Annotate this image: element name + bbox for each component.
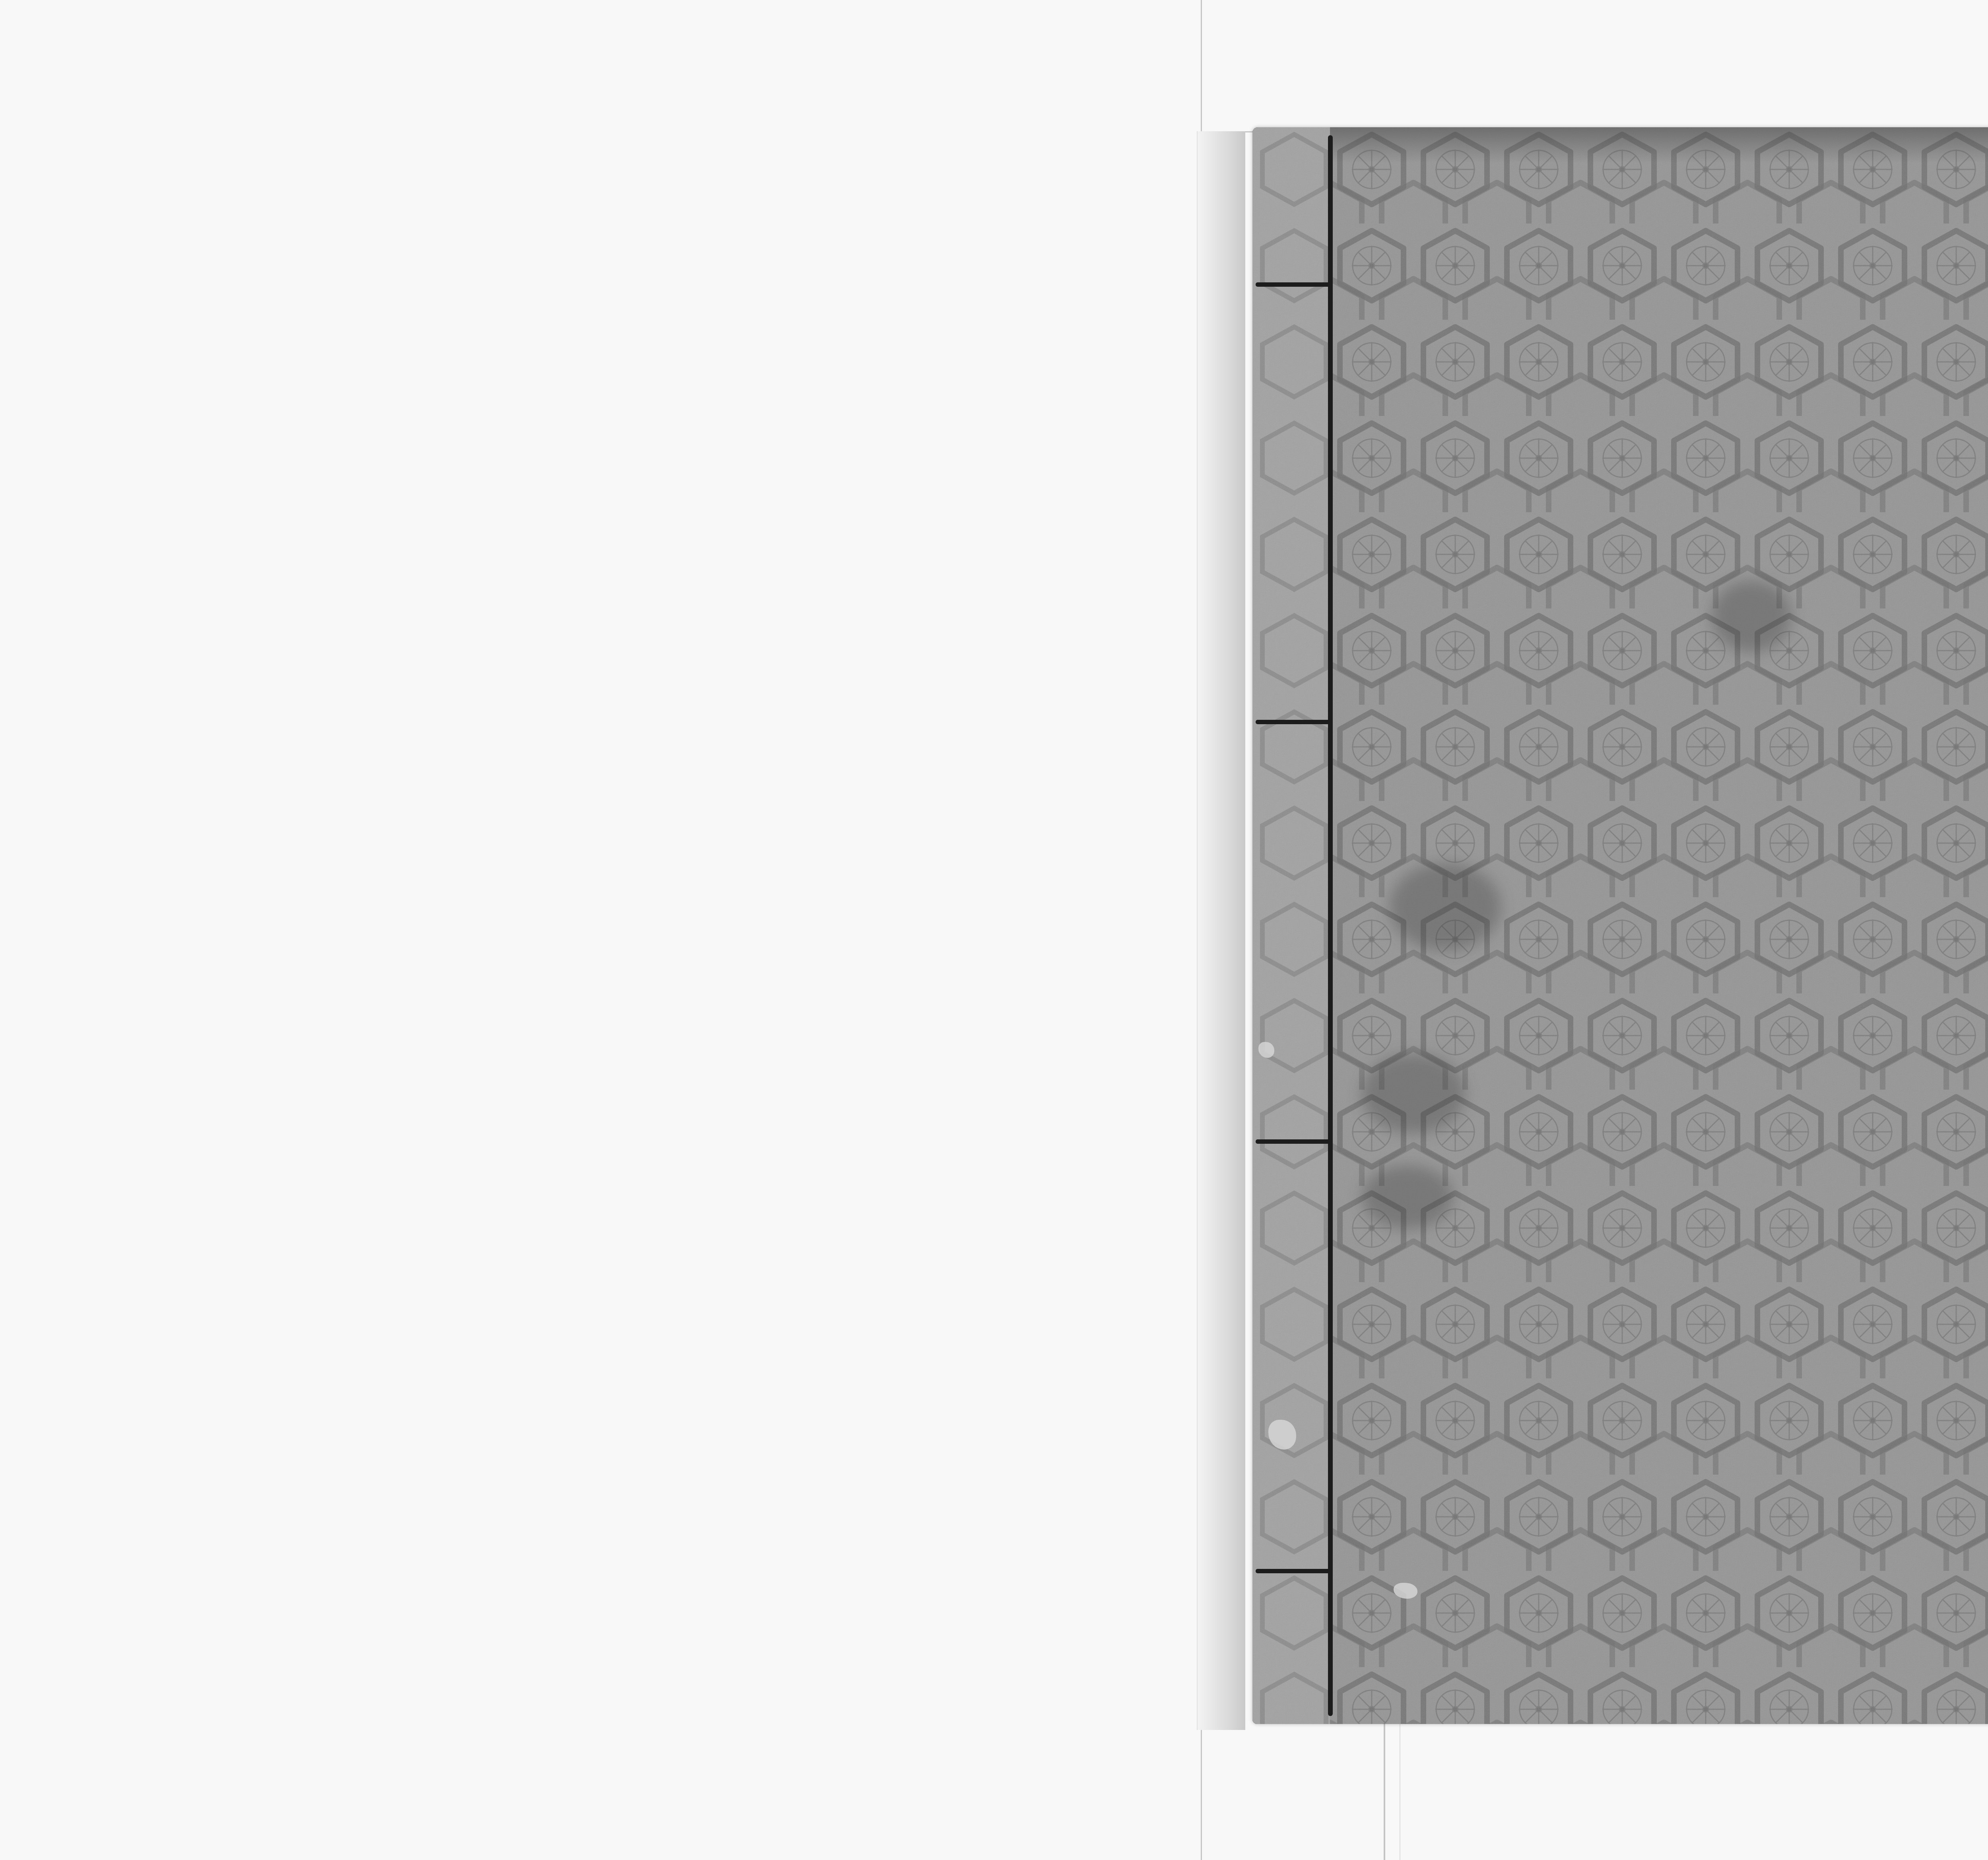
cover-panel xyxy=(1330,127,1988,1724)
stain-blotch xyxy=(1362,1054,1465,1133)
backing-sheet xyxy=(1197,131,1245,1730)
stain-blotch xyxy=(1362,1165,1453,1229)
scanner-guide-line xyxy=(1400,1722,1400,1860)
scanner-guide-line xyxy=(1201,1726,1202,1860)
edge-stain-top xyxy=(1330,127,1988,163)
book-cover xyxy=(1252,127,1988,1724)
binding-stitch xyxy=(1256,720,1330,724)
binding-stitch xyxy=(1256,282,1330,287)
binding-thread xyxy=(1328,135,1333,1716)
spine-pattern xyxy=(1252,127,1330,1724)
stain-blotch xyxy=(1390,863,1501,950)
binding-stitch xyxy=(1256,1139,1330,1144)
scan-scene: Book cover with hexagonal chrysanthemum … xyxy=(0,0,1988,1860)
scanner-guide-line xyxy=(1384,1722,1385,1860)
scanner-guide-line xyxy=(1201,0,1202,131)
stain-blotch xyxy=(1712,581,1791,652)
binding-stitch xyxy=(1256,1569,1330,1573)
